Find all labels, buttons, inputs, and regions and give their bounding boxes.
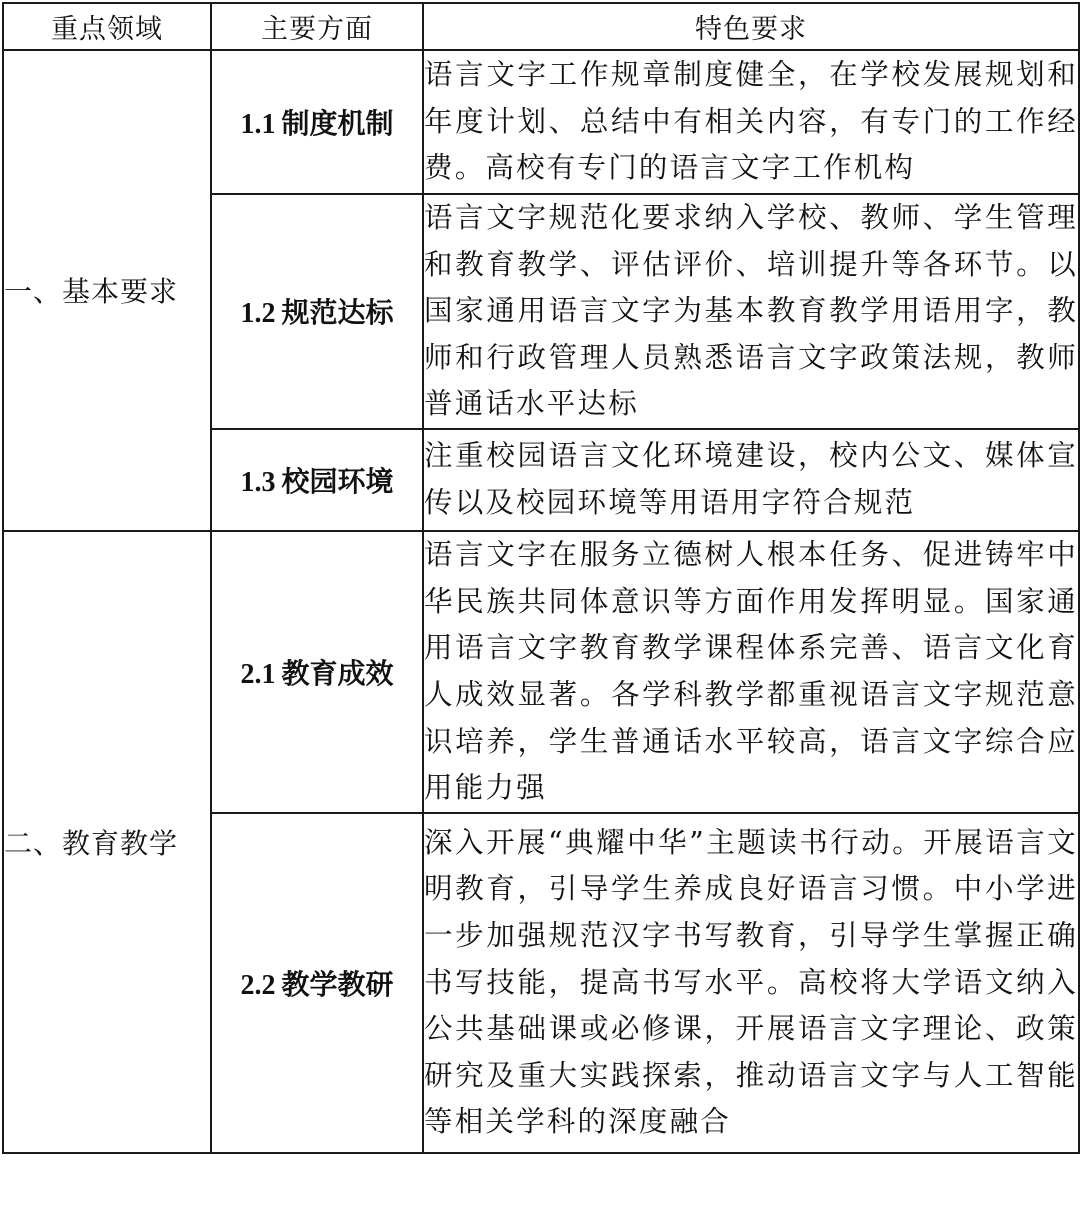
aspect-description: 语言文字规范化要求纳入学校、教师、学生管理和教育教学、评估评价、培训提升等各环节… bbox=[423, 194, 1079, 429]
aspect-description: 深入开展“典耀中华”主题读书行动。开展语言文明教育，引导学生养成良好语言习惯。中… bbox=[423, 813, 1079, 1153]
aspect-name: 教育成效 bbox=[281, 657, 393, 690]
aspect-cell: 1.2规范达标 bbox=[211, 194, 423, 429]
header-row: 重点领域 主要方面 特色要求 bbox=[3, 3, 1079, 50]
aspect-name: 教学教研 bbox=[281, 968, 393, 1001]
aspect-cell: 1.1制度机制 bbox=[211, 50, 423, 194]
aspect-cell: 1.3校园环境 bbox=[211, 429, 423, 531]
table-row: 一、基本要求 1.1制度机制 语言文字工作规章制度健全，在学校发展规划和年度计划… bbox=[3, 50, 1079, 194]
aspect-number: 1.2 bbox=[240, 298, 275, 329]
aspect-cell: 2.2教学教研 bbox=[211, 813, 423, 1153]
domain-basic-requirements: 一、基本要求 bbox=[3, 50, 211, 531]
aspect-description: 语言文字在服务立德树人根本任务、促进铸牢中华民族共同体意识等方面作用发挥明显。国… bbox=[423, 531, 1079, 813]
table-row: 二、教育教学 2.1教育成效 语言文字在服务立德树人根本任务、促进铸牢中华民族共… bbox=[3, 531, 1079, 813]
aspect-description: 注重校园语言文化环境建设，校内公文、媒体宣传以及校园环境等用语用字符合规范 bbox=[423, 429, 1079, 531]
domain-education-teaching: 二、教育教学 bbox=[3, 531, 211, 1153]
aspect-description: 语言文字工作规章制度健全，在学校发展规划和年度计划、总结中有相关内容，有专门的工… bbox=[423, 50, 1079, 194]
header-special-requirements: 特色要求 bbox=[423, 3, 1079, 50]
aspect-number: 2.1 bbox=[240, 659, 275, 690]
aspect-number: 1.3 bbox=[240, 467, 275, 498]
header-main-aspect: 主要方面 bbox=[211, 3, 423, 50]
aspect-number: 2.2 bbox=[240, 970, 275, 1001]
aspect-cell: 2.1教育成效 bbox=[211, 531, 423, 813]
header-key-area: 重点领域 bbox=[3, 3, 211, 50]
aspect-name: 制度机制 bbox=[281, 107, 393, 140]
requirements-table: 重点领域 主要方面 特色要求 一、基本要求 1.1制度机制 语言文字工作规章制度… bbox=[2, 2, 1080, 1154]
aspect-number: 1.1 bbox=[240, 109, 275, 140]
aspect-name: 规范达标 bbox=[281, 296, 393, 329]
aspect-name: 校园环境 bbox=[281, 465, 393, 498]
